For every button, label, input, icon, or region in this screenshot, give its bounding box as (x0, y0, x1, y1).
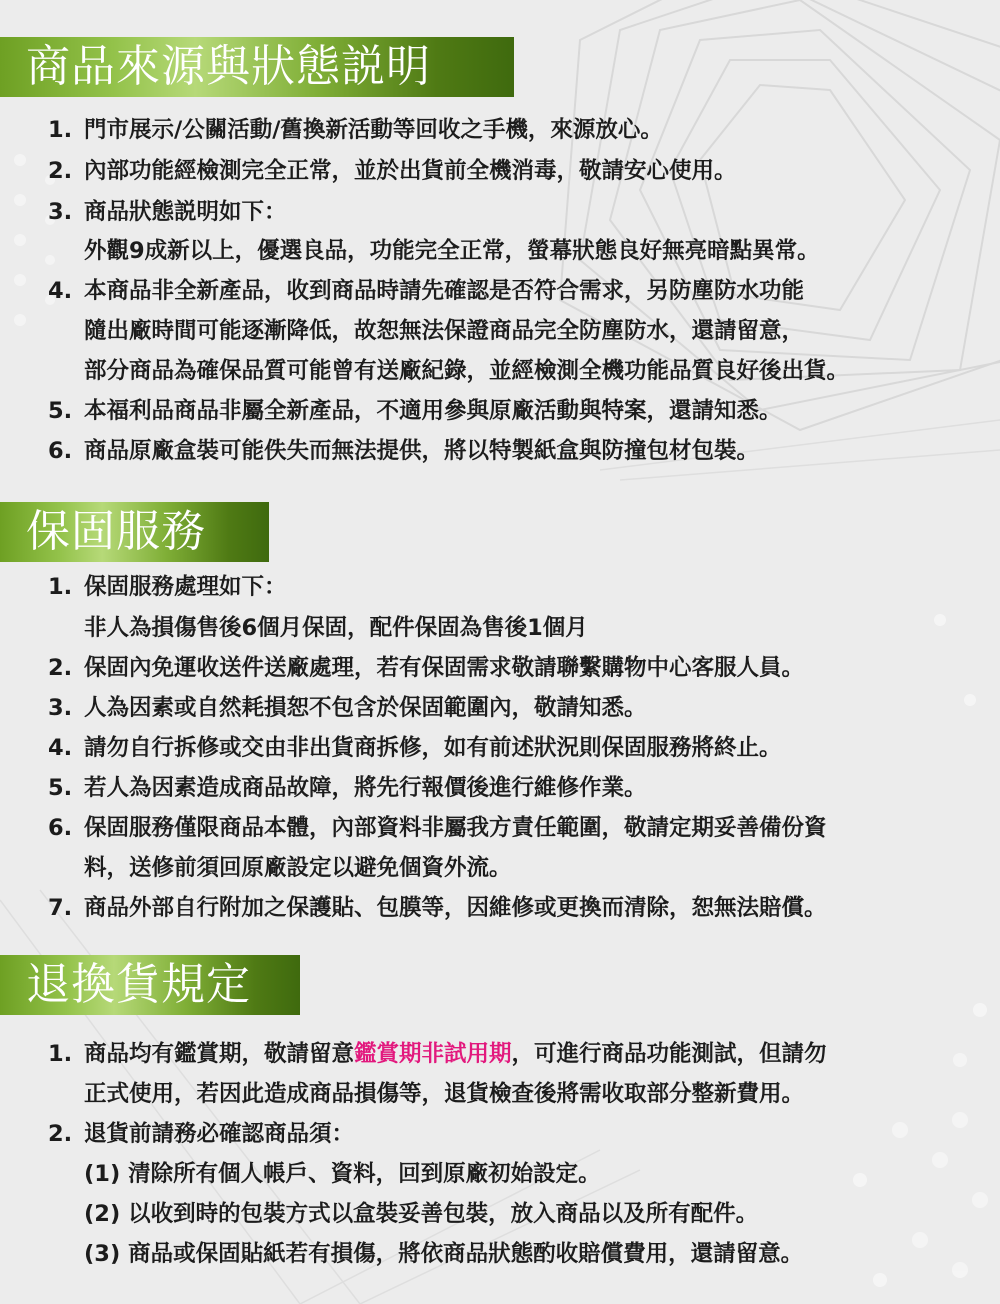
list-item: 2.保固內免運收送件送廠處理，若有保固需求敬請聯繫購物中心客服人員。 (48, 648, 804, 688)
sub-list-item: (2) 以收到時的包裝方式以盒裝妥善包裝，放入商品以及所有配件。 (84, 1194, 758, 1234)
section-heading-warranty: 保固服務 (0, 502, 269, 562)
list-item: 2.退貨前請務必確認商品須： (48, 1114, 354, 1154)
list-item: 5.若人為因素造成商品故障，將先行報價後進行維修作業。 (48, 768, 647, 808)
list-item: 2.內部功能經檢測完全正常，並於出貨前全機消毒，敬請安心使用。 (48, 151, 737, 191)
list-item: 6.商品原廠盒裝可能佚失而無法提供，將以特製紙盒與防撞包材包裝。 (48, 431, 759, 471)
highlight-text: 鑑賞期非試用期 (354, 1041, 512, 1067)
list-item: 4.請勿自行拆修或交由非出貨商拆修，如有前述狀況則保固服務將終止。 (48, 728, 782, 768)
list-item: 3.商品狀態説明如下： (48, 192, 287, 232)
list-item-continuation: 正式使用，若因此造成商品損傷等，退貨檢查後將需收取部分整新費用。 (84, 1074, 804, 1114)
list-item: 4.本商品非全新產品，收到商品時請先確認是否符合需求，另防塵防水功能 (48, 271, 804, 311)
list-item-continuation: 非人為損傷售後6個月保固，配件保固為售後1個月 (84, 608, 588, 648)
list-item-continuation: 料，送修前須回原廠設定以避免個資外流。 (84, 848, 512, 888)
sub-list-item: (1) 清除所有個人帳戶、資料，回到原廠初始設定。 (84, 1154, 601, 1194)
list-item: 7.商品外部自行附加之保護貼、包膜等，因維修或更換而清除，恕無法賠償。 (48, 888, 827, 928)
section-heading-return-policy: 退換貨規定 (0, 955, 300, 1015)
sub-list-item: (3) 商品或保固貼紙若有損傷，將依商品狀態酌收賠償費用，還請留意。 (84, 1234, 803, 1274)
list-item: 1.保固服務處理如下： (48, 567, 287, 607)
list-item: 1.商品均有鑑賞期，敬請留意鑑賞期非試用期，可進行商品功能測試，但請勿 (48, 1034, 827, 1074)
list-item: 3.人為因素或自然耗損恕不包含於保固範圍內，敬請知悉。 (48, 688, 647, 728)
list-item: 6.保固服務僅限商品本體，內部資料非屬我方責任範圍，敬請定期妥善備份資 (48, 808, 827, 848)
section-heading-product-source: 商品來源與狀態説明 (0, 37, 514, 97)
list-item: 5.本福利品商品非屬全新產品，不適用參與原廠活動與特案，還請知悉。 (48, 391, 782, 431)
list-item: 1.門市展示/公關活動/舊換新活動等回收之手機，來源放心。 (48, 110, 663, 150)
list-item-continuation: 隨出廠時間可能逐漸降低，故恕無法保證商品完全防塵防水，還請留意， (84, 311, 804, 351)
list-item-continuation: 部分商品為確保品質可能曾有送廠紀錄，並經檢測全機功能品質良好後出貨。 (84, 351, 849, 391)
list-item-continuation: 外觀9成新以上，優選良品，功能完全正常，螢幕狀態良好無亮暗點異常。 (84, 231, 820, 271)
